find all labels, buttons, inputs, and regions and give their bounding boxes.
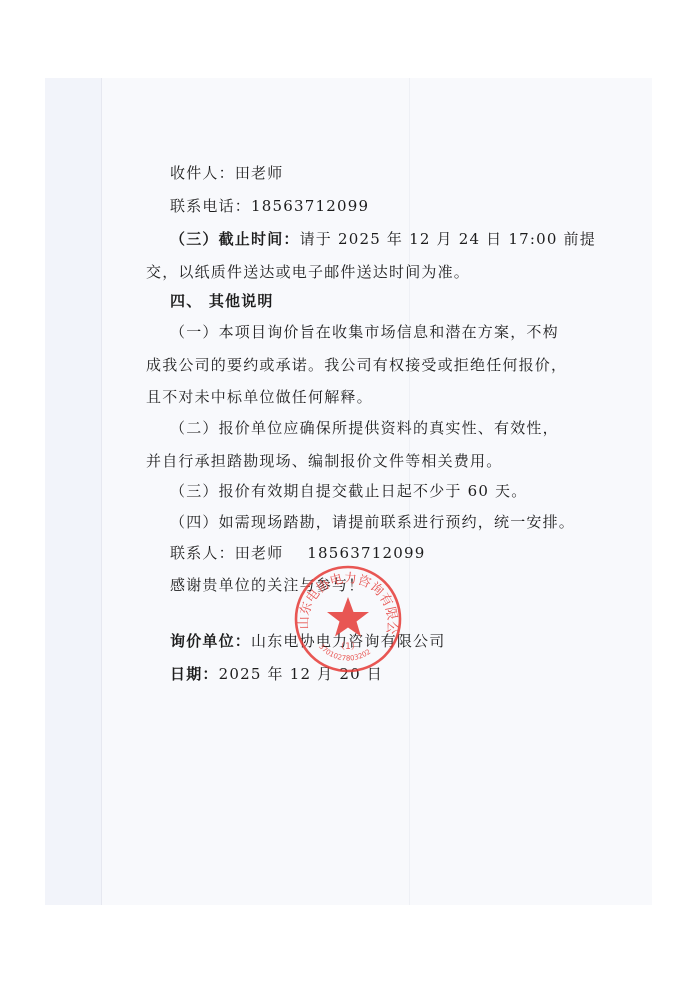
item-1-line-1: （一）本项目询价旨在收集市场信息和潜在方案，不构 [170, 322, 559, 342]
deadline-line-2: 交，以纸质件送达或电子邮件送达时间为准。 [146, 262, 470, 282]
deadline-heading: （三）截止时间： [170, 230, 300, 248]
org-label: 询价单位： [170, 632, 251, 650]
deadline-text: 请于 2025 年 12 月 24 日 17:00 前提 [300, 230, 596, 248]
recipient-name: 田老师 [235, 164, 284, 182]
recipient-line: 收件人：田老师 [170, 163, 283, 183]
item-2-line-1: （二）报价单位应确保所提供资料的真实性、有效性， [170, 418, 559, 438]
item-1-line-3: 且不对未中标单位做任何解释。 [146, 387, 373, 407]
date-label: 日期： [170, 665, 219, 683]
item-3: （三）报价有效期自提交截止日起不少于 60 天。 [170, 481, 527, 501]
deadline-line-1: （三）截止时间：请于 2025 年 12 月 24 日 17:00 前提 [170, 229, 596, 249]
item-2-line-2: 并自行承担踏勘现场、编制报价文件等相关费用。 [146, 451, 502, 471]
company-seal-stamp: 山东电协电力咨询有限公司 （1） 3701027803202 [292, 563, 404, 675]
phone-label: 联系电话： [170, 197, 251, 215]
fold-line [101, 78, 102, 905]
contact-line: 联系人：田老师 18563712099 [170, 543, 425, 563]
scan-edge-band [45, 78, 101, 905]
recipient-label: 收件人： [170, 164, 235, 182]
star-icon [327, 597, 369, 637]
phone-number: 18563712099 [251, 197, 369, 215]
seal-subtext: （1） [336, 641, 360, 652]
phone-line: 联系电话：18563712099 [170, 196, 369, 216]
item-1-line-2: 成我公司的要约或承诺。我公司有权接受或拒绝任何报价， [146, 355, 567, 375]
item-4: （四）如需现场踏勘，请提前联系进行预约，统一安排。 [170, 512, 575, 532]
section-heading: 四、 其他说明 [170, 291, 274, 311]
